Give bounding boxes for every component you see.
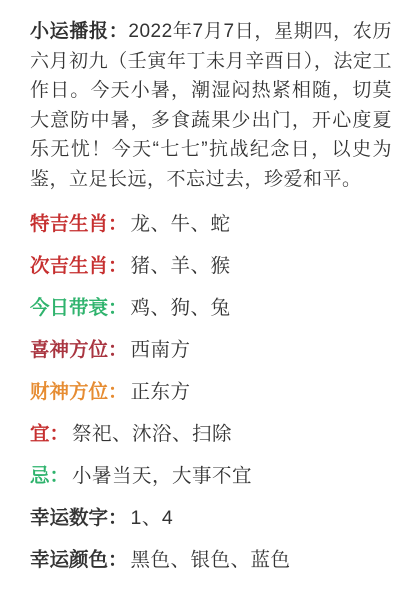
item-value: 西南方 <box>131 339 191 361</box>
fortune-item-joy-god-direction: 喜神方位：西南方 <box>30 340 392 360</box>
fortune-item-unlucky-zodiac: 今日带衰：鸡、狗、兔 <box>30 298 392 318</box>
fortune-item-lucky-colors: 幸运颜色：黑色、银色、蓝色 <box>30 550 392 570</box>
item-value: 龙、牛、蛇 <box>131 213 231 235</box>
item-label: 宜： <box>30 423 69 445</box>
broadcast-text: 2022年7月7日，星期四，农历六月初九（壬寅年丁未月辛酉日），法定工作日。今天… <box>30 21 392 190</box>
broadcast-label: 小运播报： <box>30 21 128 42</box>
item-value: 正东方 <box>131 381 191 403</box>
fortune-item-lucky-zodiac-second: 次吉生肖：猪、羊、猴 <box>30 256 392 276</box>
item-label: 今日带衰： <box>30 297 128 319</box>
fortune-items: 特吉生肖：龙、牛、蛇 次吉生肖：猪、羊、猴 今日带衰：鸡、狗、兔 喜神方位：西南… <box>30 214 392 570</box>
item-label: 幸运数字： <box>30 507 128 529</box>
broadcast-paragraph: 小运播报：2022年7月7日，星期四，农历六月初九（壬寅年丁未月辛酉日），法定工… <box>30 17 392 194</box>
fortune-item-avoid: 忌：小暑当天，大事不宜 <box>30 466 392 486</box>
item-value: 祭祀、沐浴、扫除 <box>72 423 232 445</box>
item-label: 财神方位： <box>30 381 128 403</box>
item-label: 喜神方位： <box>30 339 128 361</box>
fortune-card: 小运播报：2022年7月7日，星期四，农历六月初九（壬寅年丁未月辛酉日），法定工… <box>0 0 418 600</box>
item-label: 忌： <box>30 465 69 487</box>
item-label: 次吉生肖： <box>30 255 128 277</box>
item-value: 1、4 <box>131 507 174 529</box>
item-label: 幸运颜色： <box>30 549 128 571</box>
fortune-item-suitable: 宜：祭祀、沐浴、扫除 <box>30 424 392 444</box>
item-value: 小暑当天，大事不宜 <box>72 465 252 487</box>
item-label: 特吉生肖： <box>30 213 128 235</box>
item-value: 鸡、狗、兔 <box>131 297 231 319</box>
item-value: 猪、羊、猴 <box>131 255 231 277</box>
fortune-item-wealth-god-direction: 财神方位：正东方 <box>30 382 392 402</box>
item-value: 黑色、银色、蓝色 <box>131 549 291 571</box>
fortune-item-lucky-numbers: 幸运数字：1、4 <box>30 508 392 528</box>
fortune-item-lucky-zodiac-top: 特吉生肖：龙、牛、蛇 <box>30 214 392 234</box>
